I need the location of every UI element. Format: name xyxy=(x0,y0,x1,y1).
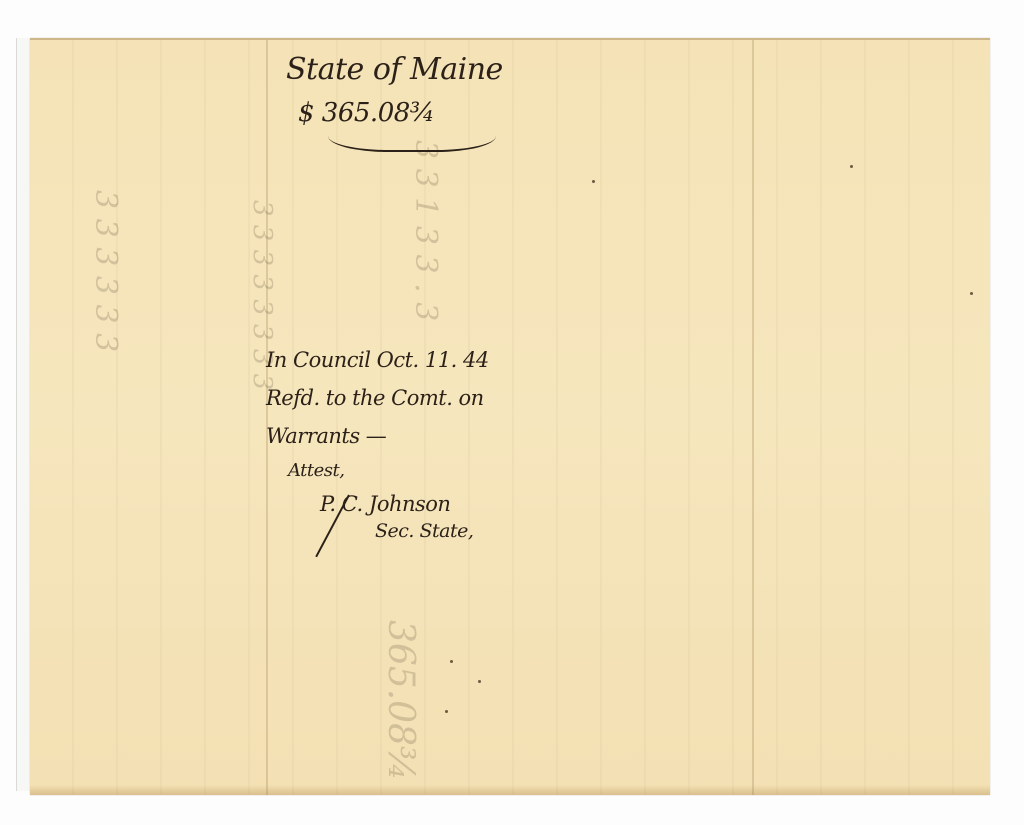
endorsement-line-council-date: In Council Oct. 11. 44 xyxy=(266,348,489,372)
ink-speck xyxy=(450,660,453,663)
signature-title: Sec. State, xyxy=(375,520,473,542)
document-paper: 3 3 3 3 3 3 3 3 3 3 3 3 3 3 3 3 1 3 3 . … xyxy=(30,38,990,795)
fold-line xyxy=(266,40,268,795)
bleed-through-text: 3 3 1 3 3 . 3 xyxy=(410,140,440,321)
bleed-through-amount: 365.08¾ xyxy=(382,620,418,781)
endorsement-line-warrants: Warrants — xyxy=(266,424,386,448)
bleed-through-text: 3 3 3 3 3 3 xyxy=(90,190,120,352)
edge-stain xyxy=(30,785,990,795)
endorsement-line-referred: Refd. to the Comt. on xyxy=(266,386,484,410)
endorsement-line-attest: Attest, xyxy=(288,460,345,481)
scan-canvas: 3 3 3 3 3 3 3 3 3 3 3 3 3 3 3 3 1 3 3 . … xyxy=(0,0,1024,825)
ink-speck xyxy=(478,680,481,683)
ink-speck xyxy=(445,710,448,713)
document-title: State of Maine xyxy=(286,52,503,87)
ink-speck xyxy=(970,292,973,295)
document-amount: $ 365.08¾ xyxy=(298,98,434,128)
fold-line xyxy=(752,40,754,795)
ink-speck xyxy=(850,165,853,168)
amount-flourish-underline xyxy=(328,134,496,152)
ink-speck xyxy=(592,180,595,183)
